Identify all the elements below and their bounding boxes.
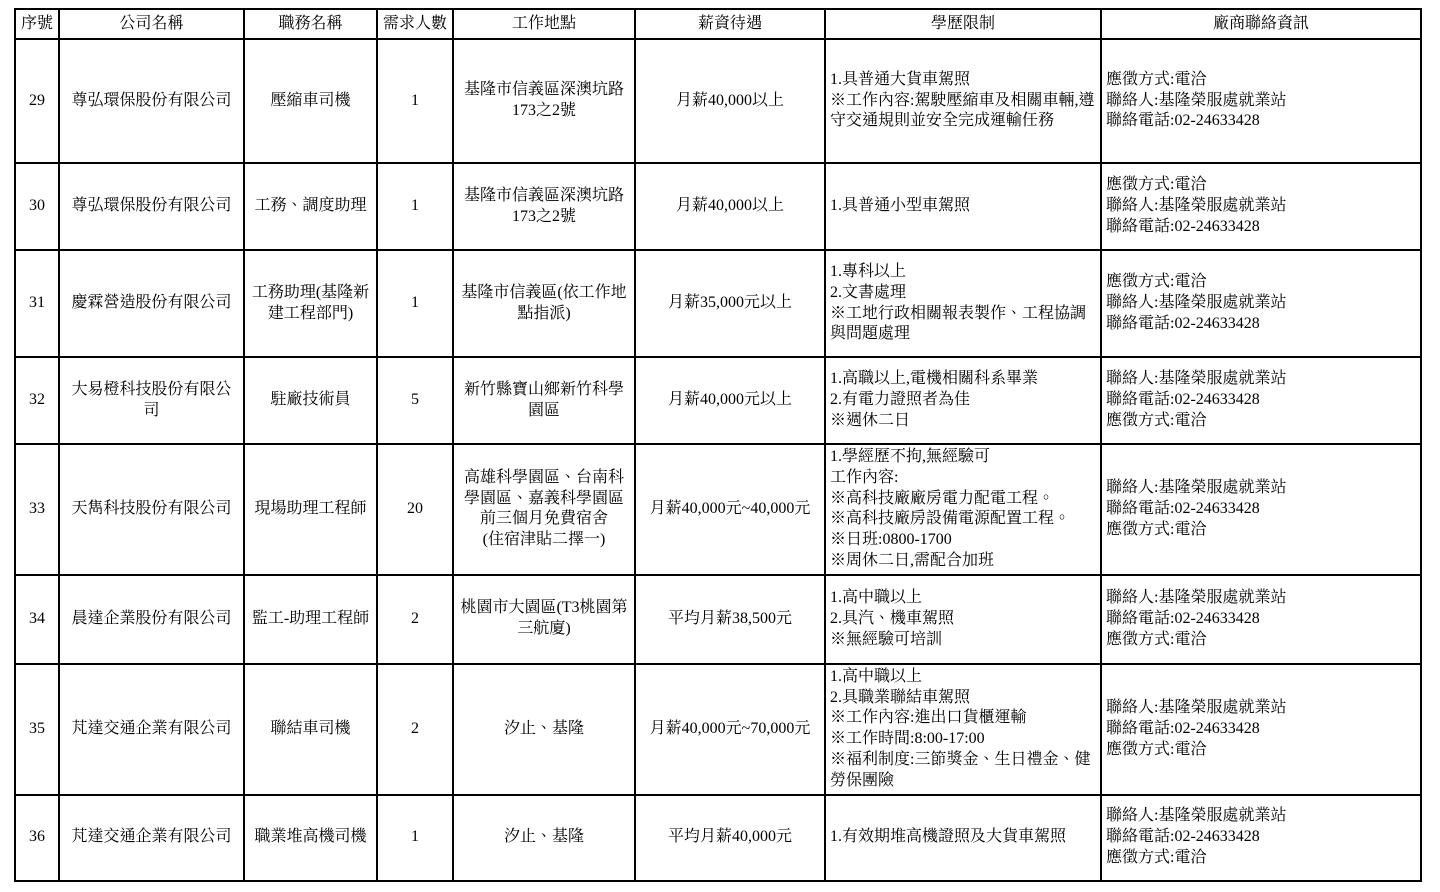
job-title: 工務、調度助理	[244, 163, 377, 250]
company-name: 慶霖營造股份有限公司	[59, 250, 244, 357]
company-name: 芃達交通企業有限公司	[59, 664, 244, 795]
job-title: 工務助理(基隆新建工程部門)	[244, 250, 377, 357]
headcount: 2	[377, 664, 453, 795]
header-salary: 薪資待遇	[635, 9, 825, 39]
company-name: 大易橙科技股份有限公司	[59, 357, 244, 444]
job-title: 壓縮車司機	[244, 39, 377, 163]
table-row: 35 芃達交通企業有限公司 聯結車司機 2 汐止、基隆 月薪40,000元~70…	[15, 664, 1421, 795]
header-contact-info: 廠商聯絡資訊	[1101, 9, 1421, 39]
salary: 月薪35,000元以上	[635, 250, 825, 357]
headcount: 2	[377, 575, 453, 664]
header-row: 序號 公司名稱 職務名稱 需求人數 工作地點 薪資待遇 學歷限制 廠商聯絡資訊	[15, 9, 1421, 39]
contact-info: 聯絡人:基隆榮服處就業站 聯絡電話:02-24633428 應徵方式:電洽	[1101, 575, 1421, 664]
work-location: 高雄科學園區、台南科學園區、嘉義科學園區 前三個月免費宿舍 (住宿津貼二擇一)	[453, 444, 635, 575]
job-title: 職業堆高機司機	[244, 795, 377, 881]
job-listing-table: 序號 公司名稱 職務名稱 需求人數 工作地點 薪資待遇 學歷限制 廠商聯絡資訊 …	[14, 8, 1422, 882]
education-requirements: 1.高中職以上 2.具職業聯結車駕照 ※工作內容:進出口貨櫃運輸 ※工作時間:8…	[825, 664, 1101, 795]
work-location: 汐止、基隆	[453, 795, 635, 881]
table-row: 29 尊弘環保股份有限公司 壓縮車司機 1 基隆市信義區深澳坑路173之2號 月…	[15, 39, 1421, 163]
salary: 平均月薪38,500元	[635, 575, 825, 664]
salary: 月薪40,000元以上	[635, 357, 825, 444]
job-title: 聯結車司機	[244, 664, 377, 795]
table-row: 32 大易橙科技股份有限公司 駐廠技術員 5 新竹縣寶山鄉新竹科學園區 月薪40…	[15, 357, 1421, 444]
job-title: 監工-助理工程師	[244, 575, 377, 664]
row-serial-number: 36	[15, 795, 59, 881]
header-work-location: 工作地點	[453, 9, 635, 39]
education-requirements: 1.高中職以上 2.具汽、機車駕照 ※無經驗可培訓	[825, 575, 1101, 664]
table-row: 34 晨達企業股份有限公司 監工-助理工程師 2 桃園市大園區(T3桃園第三航廈…	[15, 575, 1421, 664]
row-serial-number: 35	[15, 664, 59, 795]
row-serial-number: 33	[15, 444, 59, 575]
table-row: 36 芃達交通企業有限公司 職業堆高機司機 1 汐止、基隆 平均月薪40,000…	[15, 795, 1421, 881]
header-company-name: 公司名稱	[59, 9, 244, 39]
work-location: 基隆市信義區深澳坑路173之2號	[453, 39, 635, 163]
salary: 月薪40,000元~70,000元	[635, 664, 825, 795]
education-requirements: 1.學經歷不拘,無經驗可 工作內容: ※高科技廠廠房電力配電工程。 ※高科技廠房…	[825, 444, 1101, 575]
headcount: 1	[377, 250, 453, 357]
headcount: 5	[377, 357, 453, 444]
row-serial-number: 30	[15, 163, 59, 250]
row-serial-number: 32	[15, 357, 59, 444]
row-serial-number: 34	[15, 575, 59, 664]
headcount: 1	[377, 39, 453, 163]
education-requirements: 1.專科以上 2.文書處理 ※工地行政相關報表製作、工程協調與問題處理	[825, 250, 1101, 357]
header-serial-number: 序號	[15, 9, 59, 39]
company-name: 尊弘環保股份有限公司	[59, 39, 244, 163]
contact-info: 應徵方式:電洽 聯絡人:基隆榮服處就業站 聯絡電話:02-24633428	[1101, 39, 1421, 163]
work-location: 新竹縣寶山鄉新竹科學園區	[453, 357, 635, 444]
row-serial-number: 29	[15, 39, 59, 163]
company-name: 尊弘環保股份有限公司	[59, 163, 244, 250]
education-requirements: 1.具普通小型車駕照	[825, 163, 1101, 250]
work-location: 基隆市信義區(依工作地點指派)	[453, 250, 635, 357]
table-row: 30 尊弘環保股份有限公司 工務、調度助理 1 基隆市信義區深澳坑路173之2號…	[15, 163, 1421, 250]
salary: 月薪40,000元~40,000元	[635, 444, 825, 575]
contact-info: 聯絡人:基隆榮服處就業站 聯絡電話:02-24633428 應徵方式:電洽	[1101, 795, 1421, 881]
contact-info: 聯絡人:基隆榮服處就業站 聯絡電話:02-24633428 應徵方式:電洽	[1101, 444, 1421, 575]
table-row: 31 慶霖營造股份有限公司 工務助理(基隆新建工程部門) 1 基隆市信義區(依工…	[15, 250, 1421, 357]
education-requirements: 1.高職以上,電機相關科系畢業 2.有電力證照者為佳 ※週休二日	[825, 357, 1101, 444]
table-row: 33 天雋科技股份有限公司 現場助理工程師 20 高雄科學園區、台南科學園區、嘉…	[15, 444, 1421, 575]
salary: 平均月薪40,000元	[635, 795, 825, 881]
header-headcount: 需求人數	[377, 9, 453, 39]
work-location: 桃園市大園區(T3桃園第三航廈)	[453, 575, 635, 664]
company-name: 天雋科技股份有限公司	[59, 444, 244, 575]
headcount: 1	[377, 795, 453, 881]
job-title: 現場助理工程師	[244, 444, 377, 575]
work-location: 汐止、基隆	[453, 664, 635, 795]
row-serial-number: 31	[15, 250, 59, 357]
education-requirements: 1.有效期堆高機證照及大貨車駕照	[825, 795, 1101, 881]
education-requirements: 1.具普通大貨車駕照 ※工作內容:駕駛壓縮車及相關車輛,遵守交通規則並安全完成運…	[825, 39, 1101, 163]
contact-info: 聯絡人:基隆榮服處就業站 聯絡電話:02-24633428 應徵方式:電洽	[1101, 357, 1421, 444]
header-education-requirements: 學歷限制	[825, 9, 1101, 39]
work-location: 基隆市信義區深澳坑路173之2號	[453, 163, 635, 250]
headcount: 1	[377, 163, 453, 250]
company-name: 芃達交通企業有限公司	[59, 795, 244, 881]
contact-info: 聯絡人:基隆榮服處就業站 聯絡電話:02-24633428 應徵方式:電洽	[1101, 664, 1421, 795]
salary: 月薪40,000以上	[635, 39, 825, 163]
salary: 月薪40,000以上	[635, 163, 825, 250]
job-title: 駐廠技術員	[244, 357, 377, 444]
headcount: 20	[377, 444, 453, 575]
header-job-title: 職務名稱	[244, 9, 377, 39]
contact-info: 應徵方式:電洽 聯絡人:基隆榮服處就業站 聯絡電話:02-24633428	[1101, 163, 1421, 250]
company-name: 晨達企業股份有限公司	[59, 575, 244, 664]
contact-info: 應徵方式:電洽 聯絡人:基隆榮服處就業站 聯絡電話:02-24633428	[1101, 250, 1421, 357]
document-page: 序號 公司名稱 職務名稱 需求人數 工作地點 薪資待遇 學歷限制 廠商聯絡資訊 …	[0, 0, 1440, 892]
